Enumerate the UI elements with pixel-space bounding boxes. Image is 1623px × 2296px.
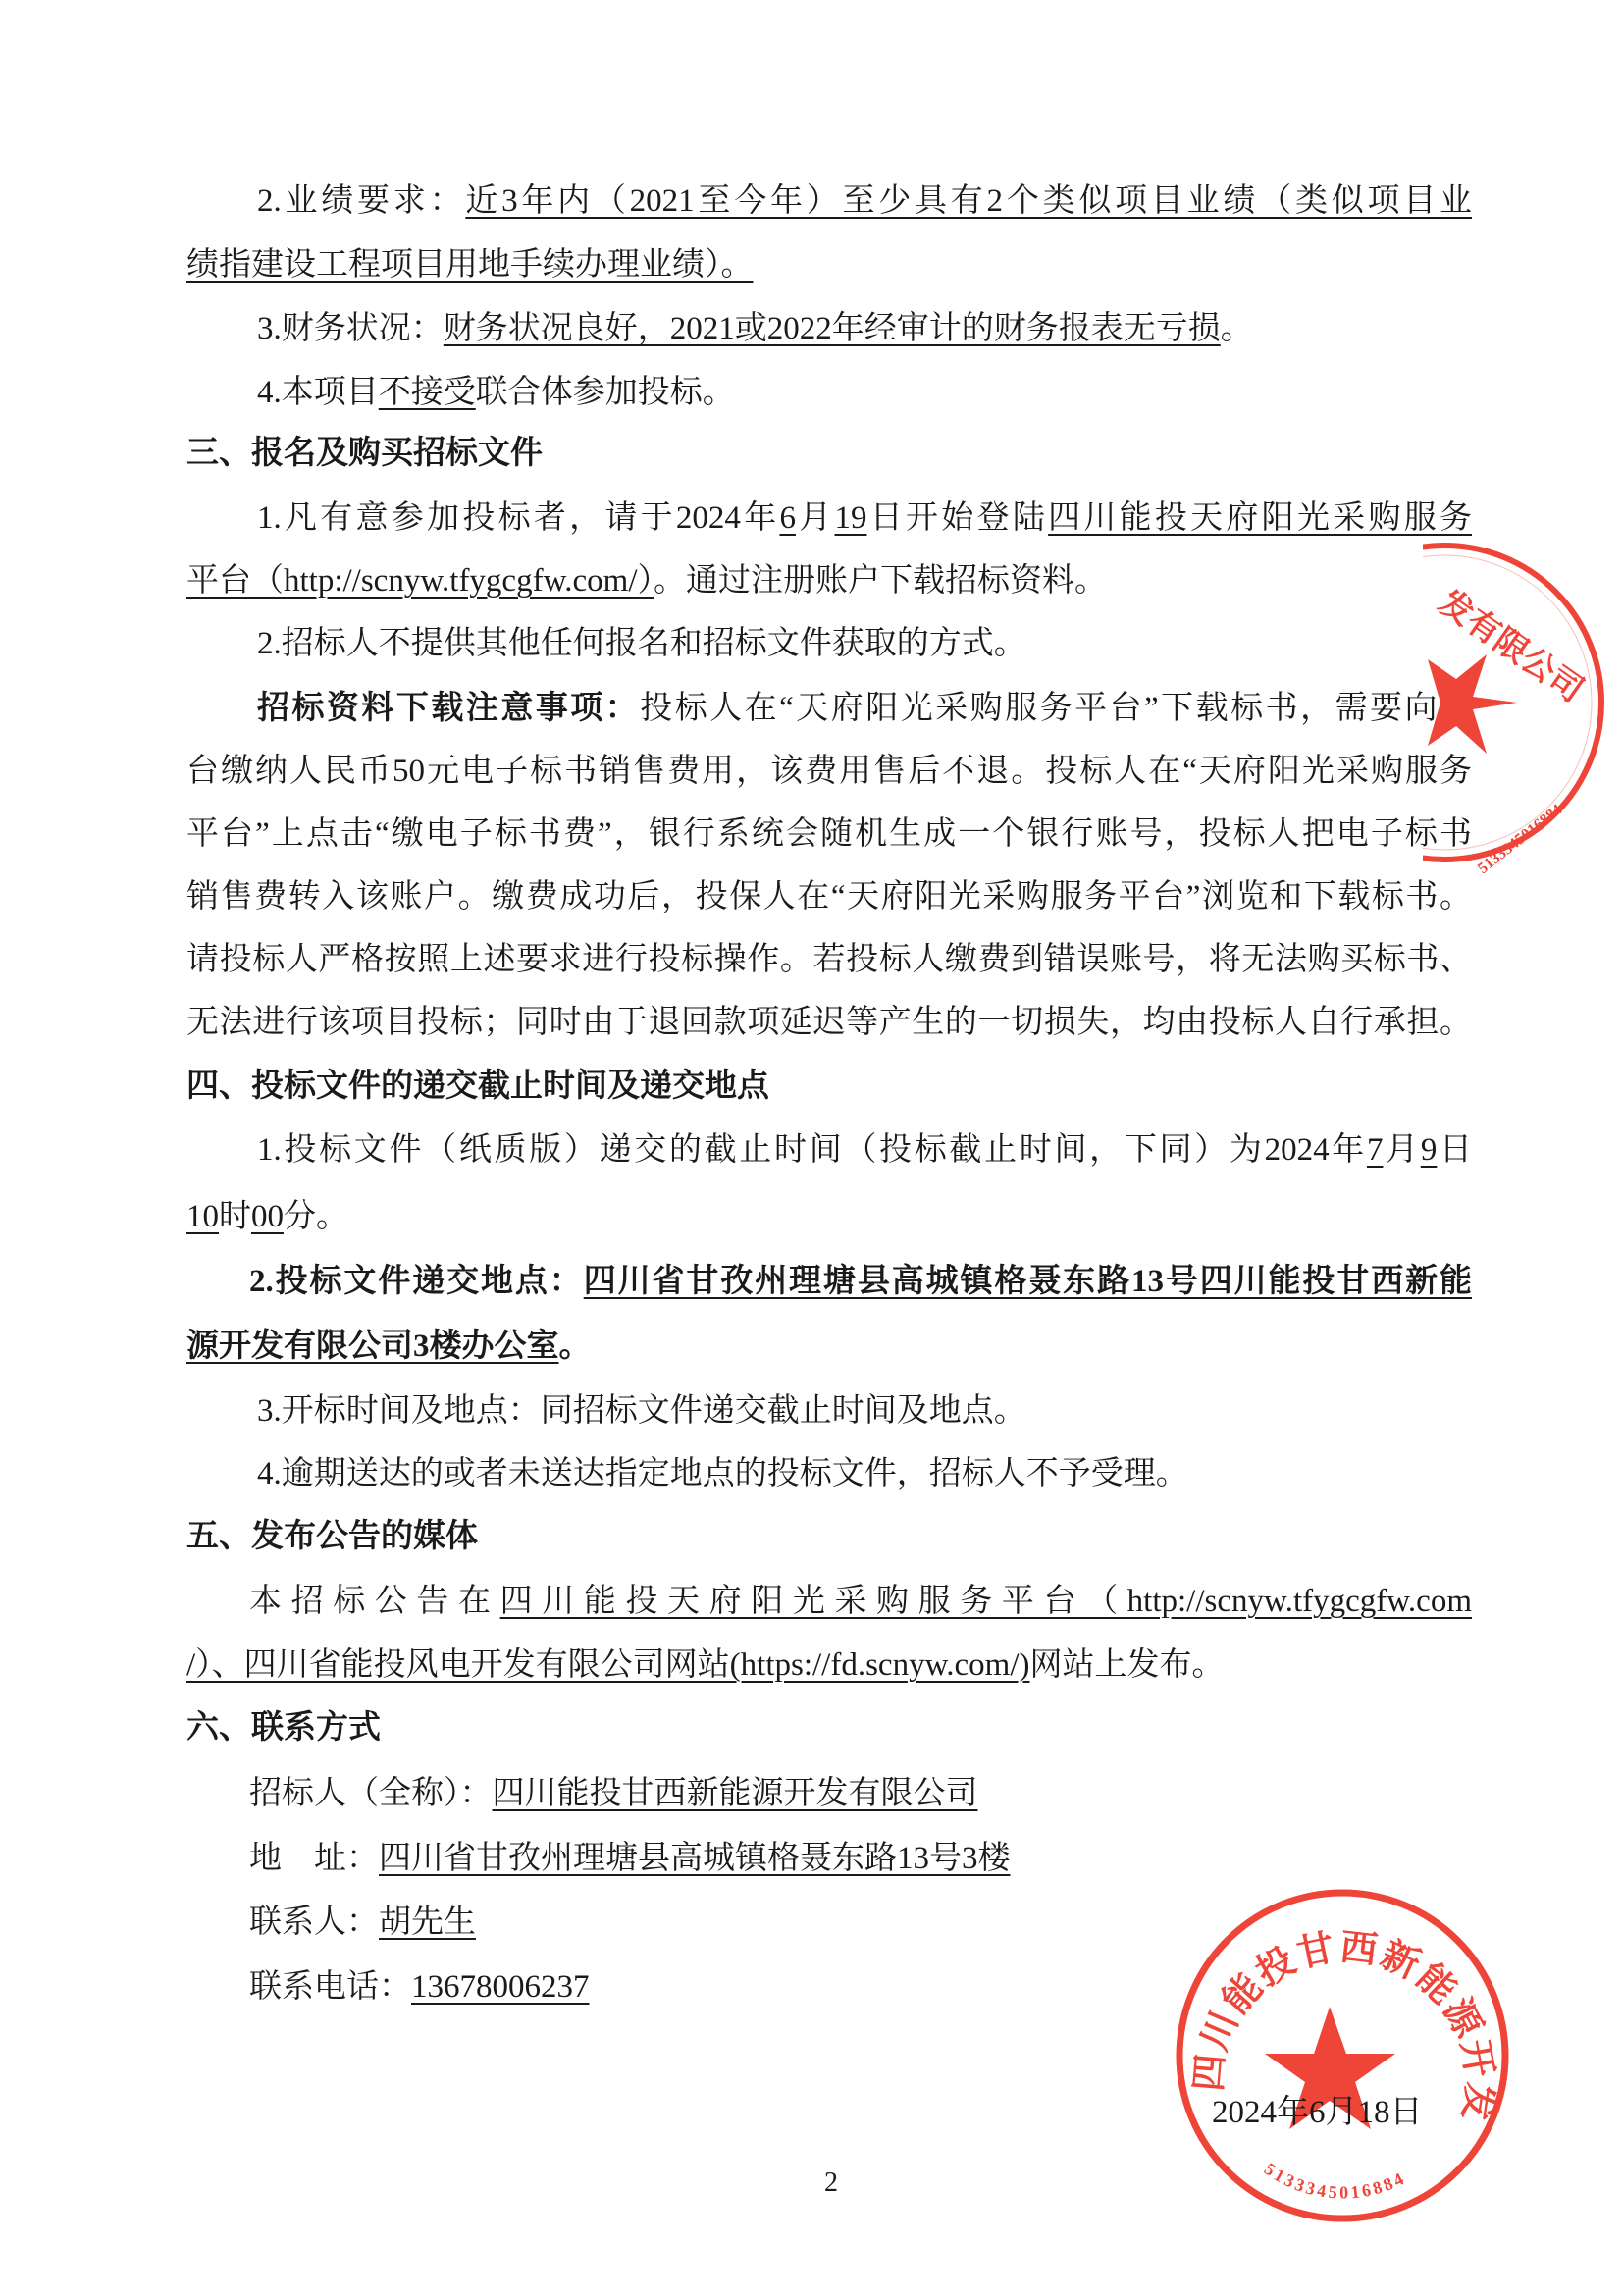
document-page: 2.业绩要求：近3年内（2021至今年）至少具有2个类似项目业绩（类似项目业绩指… <box>0 0 1623 2296</box>
paragraph-line: 无法进行该项目投标；同时由于退回款项延迟等产生的一切损失，均由投标人自行承担。 <box>186 998 1472 1047</box>
underlined-text: /）、四川省能投风电开发有限公司网站(https://fd.scnyw.com/… <box>186 1647 1029 1683</box>
signature-date: 2024年6月18日 <box>1212 2088 1423 2137</box>
paragraph-line: 平台”上点击“缴电子标书费”，银行系统会随机生成一个银行账号，投标人把电子标书 <box>186 809 1472 859</box>
paragraph-line: 1.凡有意参加投标者，请于2024年6月19日开始登陆四川能投天府阳光采购服务 <box>186 494 1472 543</box>
text-segment: 3.财务状况： <box>257 311 444 346</box>
paragraph-line: 联系电话：13678006237 <box>186 1962 1472 2011</box>
underlined-text: 00 <box>251 1199 284 1234</box>
paragraph-line: 2.招标人不提供其他任何报名和招标文件获取的方式。 <box>186 619 1472 668</box>
svg-text:5133345016884: 5133345016884 <box>1475 802 1565 873</box>
text-segment: 日 <box>1437 1132 1472 1168</box>
paragraph-line: 源开发有限公司3楼办公室。 <box>186 1322 1472 1371</box>
text-segment: 。通过注册账户下载招标资料。 <box>654 563 1107 599</box>
section-heading: 五、发布公告的媒体 <box>186 1512 1472 1561</box>
text-segment: 六、联系方式 <box>186 1710 381 1746</box>
underlined-text: 四川省甘孜州理塘县高城镇格聂东路13号四川能投甘西新能 <box>584 1264 1472 1299</box>
text-segment: 月 <box>1383 1132 1420 1168</box>
text-segment: 分。 <box>284 1199 348 1234</box>
text-segment: 月 <box>796 500 835 536</box>
underlined-text: 7 <box>1367 1132 1384 1168</box>
underlined-text: 财务状况良好，2021或2022年经审计的财务报表无亏损 <box>444 311 1221 346</box>
paragraph-line: 销售费转入该账户。缴费成功后，投保人在“天府阳光采购服务平台”浏览和下载标书。 <box>186 872 1472 921</box>
svg-text:5133345016884: 5133345016884 <box>1261 2159 1409 2202</box>
section-heading: 四、投标文件的递交截止时间及递交地点 <box>186 1062 1472 1111</box>
underlined-text: 四川能投天府阳光采购服务平台（http://scnyw.tfygcgfw.com <box>500 1584 1472 1619</box>
text-segment: 联合体参加投标。 <box>476 375 735 410</box>
paragraph-line: 绩指建设工程项目用地手续办理业绩）。 <box>186 240 1472 289</box>
text-segment: 2.招标人不提供其他任何报名和招标文件获取的方式。 <box>257 626 1026 661</box>
underlined-text: 19 <box>835 500 867 536</box>
text-segment: 4.本项目 <box>257 375 379 410</box>
underlined-text: 10 <box>186 1199 219 1234</box>
underlined-text: 9 <box>1421 1132 1438 1168</box>
text-segment: 日开始登陆 <box>867 500 1049 536</box>
text-segment: 1.凡有意参加投标者，请于2024年 <box>257 500 779 536</box>
text-segment: 1.投标文件（纸质版）递交的截止时间（投标截止时间，下同）为2024年 <box>257 1132 1367 1168</box>
underlined-text: 6 <box>779 500 796 536</box>
paragraph-line: 招标资料下载注意事项：投标人在“天府阳光采购服务平台”下载标书，需要向平 <box>186 684 1472 733</box>
paragraph-line: 招标人（全称）：四川能投甘西新能源开发有限公司 <box>186 1769 1472 1818</box>
text-segment: 。 <box>1221 311 1253 346</box>
text-segment: 台缴纳人民币50元电子标书销售费用，该费用售后不退。投标人在“天府阳光采购服务 <box>186 754 1472 789</box>
text-segment: 3.开标时间及地点：同招标文件递交截止时间及地点。 <box>257 1393 1026 1429</box>
paragraph-line: 联系人：胡先生 <box>186 1898 1472 1947</box>
paragraph-line: 2.投标文件递交地点：四川省甘孜州理塘县高城镇格聂东路13号四川能投甘西新能 <box>186 1257 1472 1306</box>
text-segment: 联系电话： <box>249 1969 411 2005</box>
underlined-text: 四川能投甘西新能源开发有限公司 <box>493 1776 978 1811</box>
text-segment: 本招标公告在 <box>249 1584 500 1619</box>
underlined-text: 平台（http://scnyw.tfygcgfw.com/） <box>186 563 654 599</box>
paragraph-line: 3.财务状况：财务状况良好，2021或2022年经审计的财务报表无亏损。 <box>186 304 1472 353</box>
text-segment: 招标资料下载注意事项： <box>257 691 640 726</box>
paragraph-line: 4.本项目不接受联合体参加投标。 <box>186 368 1472 417</box>
text-segment: 。 <box>559 1329 592 1364</box>
text-segment: 招标人（全称）： <box>249 1776 493 1811</box>
page-number: 2 <box>811 2164 851 2203</box>
section-heading: 三、报名及购买招标文件 <box>186 429 1472 478</box>
text-segment: 时 <box>219 1199 251 1234</box>
text-segment: 网站上发布。 <box>1029 1647 1224 1683</box>
underlined-text: 近3年内（2021至今年）至少具有2个类似项目业绩（类似项目业 <box>465 183 1472 219</box>
paragraph-line: 10时00分。 <box>186 1192 1472 1241</box>
text-segment: 请投标人严格按照上述要求进行投标操作。若投标人缴费到错误账号，将无法购买标书、 <box>186 942 1472 977</box>
text-segment: 五、发布公告的媒体 <box>186 1519 478 1554</box>
paragraph-line: 地 址：四川省甘孜州理塘县高城镇格聂东路13号3楼 <box>186 1834 1472 1883</box>
text-segment: 地 址： <box>249 1841 379 1876</box>
underlined-text: 胡先生 <box>379 1905 476 1940</box>
text-segment: 销售费转入该账户。缴费成功后，投保人在“天府阳光采购服务平台”浏览和下载标书。 <box>186 879 1472 914</box>
paragraph-line: 4.逾期送达的或者未送达指定地点的投标文件，招标人不予受理。 <box>186 1449 1472 1498</box>
text-segment: 2.投标文件递交地点： <box>249 1264 584 1299</box>
underlined-text: 四川能投天府阳光采购服务 <box>1048 500 1472 536</box>
paragraph-line: 1.投标文件（纸质版）递交的截止时间（投标截止时间，下同）为2024年7月9日 <box>186 1125 1472 1174</box>
text-segment: 四、投标文件的递交截止时间及递交地点 <box>186 1069 769 1104</box>
paragraph-line: 台缴纳人民币50元电子标书销售费用，该费用售后不退。投标人在“天府阳光采购服务 <box>186 747 1472 796</box>
paragraph-line: 本招标公告在四川能投天府阳光采购服务平台（http://scnyw.tfygcg… <box>186 1577 1472 1626</box>
text-segment: 三、报名及购买招标文件 <box>186 436 543 471</box>
paragraph-line: 平台（http://scnyw.tfygcgfw.com/）。通过注册账户下载招… <box>186 556 1472 605</box>
underlined-text: 不接受 <box>379 375 476 410</box>
text-segment: 无法进行该项目投标；同时由于退回款项延迟等产生的一切损失，均由投标人自行承担。 <box>186 1005 1472 1040</box>
text-segment: 投标人在“天府阳光采购服务平台”下载标书，需要向平 <box>640 691 1472 726</box>
text-segment: 4.逾期送达的或者未送达指定地点的投标文件，招标人不予受理。 <box>257 1456 1188 1491</box>
underlined-text: 绩指建设工程项目用地手续办理业绩）。 <box>186 247 754 283</box>
section-heading: 六、联系方式 <box>186 1703 1472 1752</box>
paragraph-line: /）、四川省能投风电开发有限公司网站(https://fd.scnyw.com/… <box>186 1641 1472 1690</box>
paragraph-line: 2.业绩要求：近3年内（2021至今年）至少具有2个类似项目业绩（类似项目业 <box>186 177 1472 226</box>
underlined-text: 13678006237 <box>411 1969 590 2005</box>
text-segment: 平台”上点击“缴电子标书费”，银行系统会随机生成一个银行账号，投标人把电子标书 <box>186 816 1472 852</box>
paragraph-line: 3.开标时间及地点：同招标文件递交截止时间及地点。 <box>186 1386 1472 1435</box>
underlined-text: 源开发有限公司3楼办公室 <box>186 1329 559 1364</box>
text-segment: 2.业绩要求： <box>257 183 465 219</box>
paragraph-line: 请投标人严格按照上述要求进行投标操作。若投标人缴费到错误账号，将无法购买标书、 <box>186 935 1472 984</box>
text-segment: 联系人： <box>249 1905 379 1940</box>
underlined-text: 四川省甘孜州理塘县高城镇格聂东路13号3楼 <box>379 1841 1011 1876</box>
